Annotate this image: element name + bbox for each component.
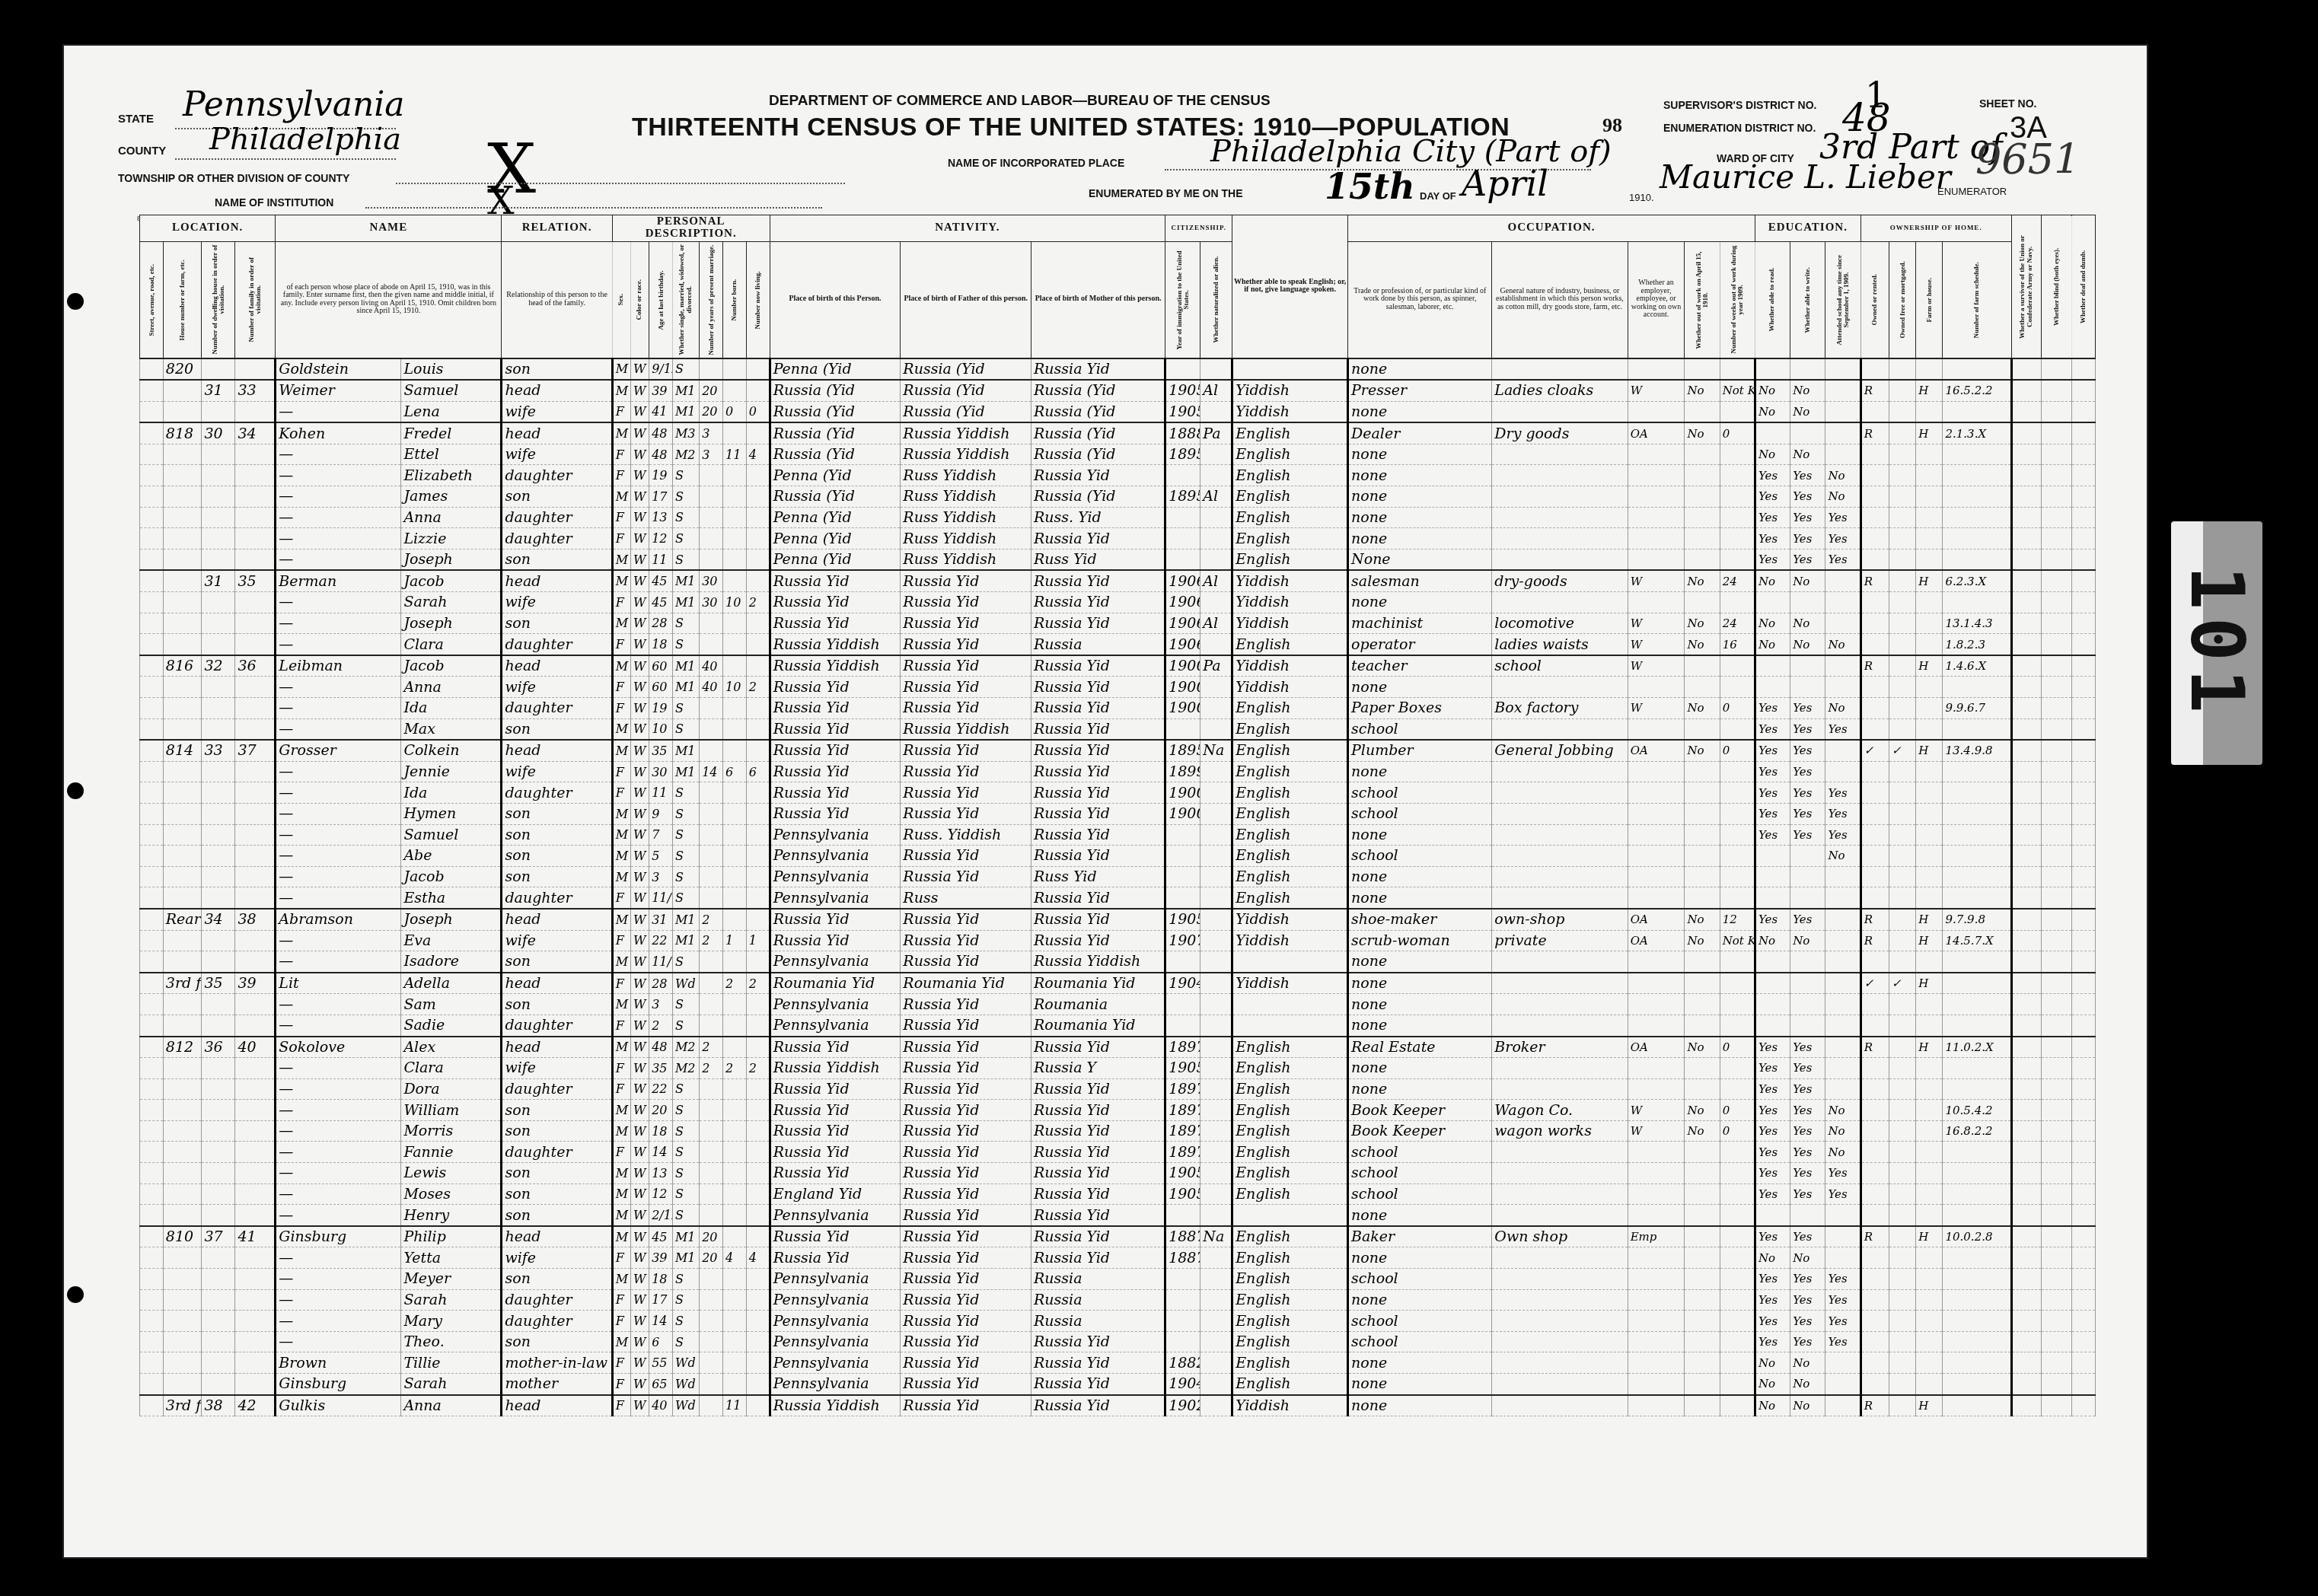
cell-naturalization: Al (1200, 380, 1232, 401)
cell-can-read: Yes (1755, 740, 1790, 761)
cell-dwelling-number (202, 528, 235, 550)
cell-surname: — (276, 507, 401, 528)
table-row: 3rd floor3539LitAdellaheadFW28Wd22Rouman… (140, 973, 2096, 994)
cell-surname: — (276, 1142, 401, 1163)
cell-can-read: Yes (1755, 1100, 1790, 1121)
cell-free-mortgaged: ✓ (1889, 973, 1916, 994)
cell-naturalization (1200, 1163, 1232, 1184)
cell-out-of-work (1685, 782, 1720, 804)
cell-years-married (700, 1374, 723, 1395)
cell-blind (2042, 1311, 2072, 1332)
cell-birthplace: Russia Yid (770, 1247, 901, 1269)
cell-surname: Grosser (276, 740, 401, 761)
cell-naturalization (1200, 698, 1232, 719)
table-row: 8143337GrosserColkeinheadMW35M1Russia Yi… (140, 740, 2096, 761)
cell-marital-status: M1 (672, 380, 699, 401)
cell-birthplace: Russia Yid (770, 782, 901, 804)
table-row: 3rd floor3842GulkisAnnaheadFW40Wd11Russi… (140, 1395, 2096, 1416)
cell-relation: head (502, 1395, 612, 1416)
cell-weeks-out (1720, 951, 1755, 973)
cell-age: 2/12 (649, 1205, 673, 1226)
cell-veteran (2011, 1289, 2042, 1311)
cell-relation: wife (502, 761, 612, 782)
cell-father-birthplace: Russia (Yid (901, 380, 1031, 401)
cell-owned-rented (1860, 994, 1889, 1015)
cell-farm-schedule: 1.4.6.X (1943, 655, 2011, 677)
cell-father-birthplace: Russia Yid (901, 613, 1031, 634)
cell-language: English (1232, 528, 1348, 550)
cell-free-mortgaged (1889, 1205, 1916, 1226)
table-row: —ClaradaughterFW18SRussia YiddishRussia … (140, 634, 2096, 655)
cell-farm-house (1916, 358, 1943, 381)
cell-dwelling-number (202, 994, 235, 1015)
cell-owned-rented (1860, 444, 1889, 465)
cell-can-write: Yes (1790, 1226, 1825, 1247)
cell-farm-house: H (1916, 973, 1943, 994)
cell-given-name: Abe (401, 846, 502, 867)
cell-sex: F (612, 1352, 630, 1374)
header-blind: Whether blind (both eyes). (2042, 215, 2072, 358)
cell-race: W (630, 613, 649, 634)
cell-naturalization (1200, 549, 1232, 570)
cell-veteran (2011, 444, 2042, 465)
cell-family-number (235, 1247, 276, 1269)
cell-free-mortgaged (1889, 1352, 1916, 1374)
cell-dwelling-number (202, 1374, 235, 1395)
cell-naturalization (1200, 444, 1232, 465)
cell-free-mortgaged (1889, 1037, 1916, 1058)
cell-blind (2042, 1226, 2072, 1247)
cell-veteran (2011, 1100, 2042, 1121)
cell-attended-school (1825, 887, 1860, 909)
cell-naturalization (1200, 465, 1232, 486)
cell-surname: Weimer (276, 380, 401, 401)
cell-veteran (2011, 887, 2042, 909)
cell-children-born (722, 358, 746, 381)
cell-can-read: Yes (1755, 1058, 1790, 1079)
cell-race: W (630, 698, 649, 719)
cell-house-number (163, 528, 202, 550)
cell-veteran (2011, 401, 2042, 422)
cell-naturalization (1200, 994, 1232, 1015)
cell-out-of-work: No (1685, 740, 1720, 761)
cell-employer-status (1628, 1311, 1685, 1332)
cell-trade: none (1348, 951, 1492, 973)
cell-race: W (630, 973, 649, 994)
cell-mother-birthplace: Russia (Yid (1031, 486, 1165, 508)
cell-trade: none (1348, 1395, 1492, 1416)
cell-dwelling-number (202, 549, 235, 570)
cell-given-name: Fannie (401, 1142, 502, 1163)
cell-trade: none (1348, 1078, 1492, 1100)
cell-employer-status (1628, 1395, 1685, 1416)
cell-family-number (235, 486, 276, 508)
cell-trade: school (1348, 718, 1492, 740)
cell-family-number (235, 528, 276, 550)
cell-children-born: 11 (722, 444, 746, 465)
cell-trade: shoe-maker (1348, 909, 1492, 930)
cell-out-of-work (1685, 592, 1720, 613)
cell-birthplace: Penna (Yid (770, 528, 901, 550)
cell-house-number (163, 401, 202, 422)
cell-children-living (746, 1163, 770, 1184)
cell-family-number (235, 1352, 276, 1374)
cell-father-birthplace: Russia Yid (901, 1395, 1031, 1416)
cell-farm-house (1916, 1289, 1943, 1311)
cell-farm-schedule: 16.5.2.2 (1943, 380, 2011, 401)
cell-can-write: Yes (1790, 740, 1825, 761)
cell-given-name: James (401, 486, 502, 508)
cell-children-living (746, 1142, 770, 1163)
cell-can-write: Yes (1790, 486, 1825, 508)
cell-sex: F (612, 592, 630, 613)
header-deaf: Whether deaf and dumb. (2071, 215, 2095, 358)
cell-race: W (630, 677, 649, 698)
header-race: Color or race. (630, 241, 649, 358)
cell-sex: F (612, 444, 630, 465)
cell-can-read: No (1755, 401, 1790, 422)
cell-can-write: Yes (1790, 1078, 1825, 1100)
cell-weeks-out: 0 (1720, 1120, 1755, 1142)
cell-language: Yiddish (1232, 401, 1348, 422)
cell-trade: operator (1348, 634, 1492, 655)
cell-surname: Ginsburg (276, 1374, 401, 1395)
table-row: —JacobsonMW3SPennsylvaniaRussia YidRuss … (140, 866, 2096, 887)
cell-street (140, 824, 164, 846)
cell-birthplace: Penna (Yid (770, 358, 901, 381)
cell-family-number (235, 507, 276, 528)
cell-age: 31 (649, 909, 673, 930)
cell-owned-rented (1860, 866, 1889, 887)
cell-surname: — (276, 718, 401, 740)
cell-birthplace: Russia Yid (770, 1142, 901, 1163)
cell-farm-house (1916, 1100, 1943, 1121)
cell-owned-rented: R (1860, 655, 1889, 677)
cell-sex: F (612, 1374, 630, 1395)
cell-age: 39 (649, 380, 673, 401)
cell-veteran (2011, 803, 2042, 824)
cell-weeks-out: 0 (1720, 1100, 1755, 1121)
cell-farm-house (1916, 803, 1943, 824)
cell-relation: daughter (502, 1078, 612, 1100)
cell-given-name: Samuel (401, 824, 502, 846)
cell-attended-school (1825, 973, 1860, 994)
cell-farm-house: H (1916, 909, 1943, 930)
cell-surname: — (276, 1163, 401, 1184)
cell-dwelling-number (202, 507, 235, 528)
cell-blind (2042, 824, 2072, 846)
cell-house-number: 3rd floor (163, 1395, 202, 1416)
cell-sex: M (612, 803, 630, 824)
cell-out-of-work (1685, 718, 1720, 740)
cell-race: W (630, 444, 649, 465)
cell-age: 11/12 (649, 951, 673, 973)
cell-children-born (722, 1015, 746, 1036)
cell-surname: — (276, 1331, 401, 1352)
cell-father-birthplace: Russ (901, 887, 1031, 909)
cell-industry (1492, 401, 1628, 422)
cell-deaf (2071, 824, 2095, 846)
cell-street (140, 1142, 164, 1163)
cell-children-born (722, 465, 746, 486)
cell-veteran (2011, 1037, 2042, 1058)
cell-can-read (1755, 1015, 1790, 1036)
cell-marital-status: S (672, 887, 699, 909)
cell-children-living: 0 (746, 401, 770, 422)
cell-children-born (722, 634, 746, 655)
cell-surname: Kohen (276, 422, 401, 444)
header-veteran: Whether a survivor of the Union or Confe… (2011, 215, 2042, 358)
cell-years-married (700, 1120, 723, 1142)
cell-veteran (2011, 1352, 2042, 1374)
cell-owned-rented: R (1860, 930, 1889, 951)
cell-immigration-year: 1905 (1165, 1163, 1200, 1184)
cell-industry: ladies waists (1492, 634, 1628, 655)
cell-can-read: Yes (1755, 1163, 1790, 1184)
cell-can-write: Yes (1790, 1163, 1825, 1184)
cell-free-mortgaged: ✓ (1889, 740, 1916, 761)
cell-farm-house (1916, 592, 1943, 613)
header-citizenship: CITIZENSHIP. (1165, 215, 1232, 242)
cell-sex: M (612, 909, 630, 930)
cell-attended-school (1825, 930, 1860, 951)
cell-birthplace: Pennsylvania (770, 1015, 901, 1036)
cell-deaf (2071, 507, 2095, 528)
table-row: —LewissonMW13SRussia YidRussia YidRussia… (140, 1163, 2096, 1184)
cell-farm-house (1916, 1015, 1943, 1036)
cell-marital-status: M3 (672, 422, 699, 444)
cell-children-born (722, 507, 746, 528)
cell-farm-house: H (1916, 570, 1943, 591)
cell-weeks-out (1720, 1163, 1755, 1184)
cell-mother-birthplace: Russia Yid (1031, 718, 1165, 740)
cell-given-name: Jennie (401, 761, 502, 782)
binder-hole (67, 1286, 84, 1303)
cell-employer-status (1628, 951, 1685, 973)
cell-dwelling-number (202, 465, 235, 486)
cell-immigration-year: 1887 (1165, 1226, 1200, 1247)
cell-employer-status (1628, 1142, 1685, 1163)
cell-surname: — (276, 465, 401, 486)
cell-free-mortgaged (1889, 1163, 1916, 1184)
cell-can-read: Yes (1755, 486, 1790, 508)
cell-naturalization: Na (1200, 1226, 1232, 1247)
cell-industry: private (1492, 930, 1628, 951)
cell-trade: none (1348, 1205, 1492, 1226)
cell-dwelling-number (202, 1269, 235, 1290)
cell-house-number (163, 1374, 202, 1395)
cell-employer-status: OA (1628, 909, 1685, 930)
cell-house-number (163, 803, 202, 824)
cell-children-born (722, 866, 746, 887)
cell-weeks-out (1720, 528, 1755, 550)
cell-race: W (630, 1352, 649, 1374)
cell-language (1232, 1015, 1348, 1036)
cell-free-mortgaged (1889, 1289, 1916, 1311)
cell-farm-house (1916, 528, 1943, 550)
table-row: —LizziedaughterFW12SPenna (YidRuss Yiddi… (140, 528, 2096, 550)
cell-marital-status: S (672, 951, 699, 973)
cell-industry (1492, 973, 1628, 994)
cell-attended-school (1825, 1078, 1860, 1100)
cell-children-living (746, 803, 770, 824)
cell-weeks-out (1720, 1183, 1755, 1205)
cell-children-born (722, 1100, 746, 1121)
table-row: 3135BermanJacobheadMW45M130Russia YidRus… (140, 570, 2096, 591)
cell-farm-house (1916, 1205, 1943, 1226)
cell-can-write: Yes (1790, 1289, 1825, 1311)
cell-industry (1492, 718, 1628, 740)
cell-out-of-work (1685, 1374, 1720, 1395)
cell-out-of-work (1685, 444, 1720, 465)
cell-immigration-year: 1895 (1165, 444, 1200, 465)
cell-owned-rented: R (1860, 422, 1889, 444)
cell-industry: Wagon Co. (1492, 1100, 1628, 1121)
cell-industry (1492, 1374, 1628, 1395)
cell-language: English (1232, 1269, 1348, 1290)
cell-employer-status: W (1628, 1100, 1685, 1121)
cell-children-living (746, 634, 770, 655)
cell-children-born (722, 613, 746, 634)
table-row: —SadiedaughterFW2SPennsylvaniaRussia Yid… (140, 1015, 2096, 1036)
cell-mother-birthplace: Russia Yid (1031, 761, 1165, 782)
cell-years-married (700, 846, 723, 867)
cell-naturalization (1200, 1395, 1232, 1416)
cell-industry (1492, 1331, 1628, 1352)
cell-race: W (630, 1078, 649, 1100)
cell-can-read (1755, 592, 1790, 613)
cell-language: English (1232, 718, 1348, 740)
cell-can-write: Yes (1790, 1100, 1825, 1121)
cell-veteran (2011, 1205, 2042, 1226)
cell-industry (1492, 486, 1628, 508)
cell-industry (1492, 1247, 1628, 1269)
cell-years-married (700, 718, 723, 740)
cell-given-name: Sam (401, 994, 502, 1015)
cell-house-number (163, 634, 202, 655)
cell-language: English (1232, 549, 1348, 570)
cell-immigration-year (1165, 507, 1200, 528)
cell-years-married: 3 (700, 422, 723, 444)
cell-dwelling-number (202, 930, 235, 951)
cell-sex: M (612, 422, 630, 444)
cell-surname: — (276, 951, 401, 973)
cell-race: W (630, 1247, 649, 1269)
cell-marital-status: S (672, 1205, 699, 1226)
cell-family-number (235, 1142, 276, 1163)
cell-sex: M (612, 613, 630, 634)
cell-street (140, 1311, 164, 1332)
cell-children-living (746, 380, 770, 401)
table-row: —DoradaughterFW22SRussia YidRussia YidRu… (140, 1078, 2096, 1100)
cell-industry (1492, 782, 1628, 804)
cell-children-born (722, 380, 746, 401)
cell-farm-house (1916, 866, 1943, 887)
cell-naturalization (1200, 1269, 1232, 1290)
cell-surname: Leibman (276, 655, 401, 677)
cell-sex: M (612, 570, 630, 591)
cell-trade: Presser (1348, 380, 1492, 401)
cell-attended-school (1825, 1037, 1860, 1058)
cell-language: English (1232, 486, 1348, 508)
cell-deaf (2071, 444, 2095, 465)
cell-family-number (235, 1163, 276, 1184)
cell-given-name: Anna (401, 1395, 502, 1416)
cell-trade: none (1348, 358, 1492, 381)
cell-can-write: Yes (1790, 1058, 1825, 1079)
cell-years-married (700, 1205, 723, 1226)
cell-mother-birthplace: Russia Y (1031, 1058, 1165, 1079)
cell-street (140, 465, 164, 486)
cell-given-name: William (401, 1100, 502, 1121)
cell-house-number (163, 444, 202, 465)
cell-employer-status (1628, 846, 1685, 867)
cell-owned-rented (1860, 1205, 1889, 1226)
cell-farm-house (1916, 718, 1943, 740)
cell-attended-school: No (1825, 1142, 1860, 1163)
cell-birthplace: Pennsylvania (770, 951, 901, 973)
cell-street (140, 1226, 164, 1247)
cell-attended-school (1825, 1374, 1860, 1395)
cell-years-married (700, 1163, 723, 1184)
cell-father-birthplace: Russia Yid (901, 634, 1031, 655)
cell-years-married: 20 (700, 1226, 723, 1247)
cell-owned-rented: ✓ (1860, 740, 1889, 761)
cell-house-number (163, 887, 202, 909)
cell-race: W (630, 358, 649, 381)
cell-children-born (722, 549, 746, 570)
cell-mother-birthplace: Russia (1031, 634, 1165, 655)
cell-can-write: No (1790, 444, 1825, 465)
cell-given-name: Lizzie (401, 528, 502, 550)
cell-relation: son (502, 1331, 612, 1352)
cell-owned-rented (1860, 698, 1889, 719)
cell-weeks-out (1720, 718, 1755, 740)
cell-given-name: Ida (401, 698, 502, 719)
cell-family-number (235, 994, 276, 1015)
cell-owned-rented (1860, 951, 1889, 973)
cell-marital-status: M2 (672, 1058, 699, 1079)
cell-relation: wife (502, 930, 612, 951)
cell-free-mortgaged (1889, 465, 1916, 486)
cell-family-number (235, 1058, 276, 1079)
cell-children-living (746, 718, 770, 740)
cell-birthplace: Russia Yid (770, 803, 901, 824)
cell-industry (1492, 1311, 1628, 1332)
cell-naturalization (1200, 782, 1232, 804)
cell-house-number: 812 (163, 1037, 202, 1058)
cell-employer-status (1628, 549, 1685, 570)
cell-age: 17 (649, 486, 673, 508)
cell-blind (2042, 1058, 2072, 1079)
cell-attended-school: Yes (1825, 1311, 1860, 1332)
cell-given-name: Anna (401, 507, 502, 528)
cell-birthplace: Russia Yid (770, 1100, 901, 1121)
table-row: —HenrysonMW2/12SPennsylvaniaRussia YidRu… (140, 1205, 2096, 1226)
cell-owned-rented (1860, 528, 1889, 550)
cell-naturalization (1200, 973, 1232, 994)
cell-relation: daughter (502, 1311, 612, 1332)
cell-can-write: Yes (1790, 507, 1825, 528)
cell-race: W (630, 1037, 649, 1058)
cell-family-number: 40 (235, 1037, 276, 1058)
cell-birthplace: Roumania Yid (770, 973, 901, 994)
cell-attended-school (1825, 1015, 1860, 1036)
cell-father-birthplace: Russia Yid (901, 782, 1031, 804)
cell-given-name: Joseph (401, 613, 502, 634)
cell-employer-status (1628, 803, 1685, 824)
cell-mother-birthplace: Russia Yid (1031, 1352, 1165, 1374)
